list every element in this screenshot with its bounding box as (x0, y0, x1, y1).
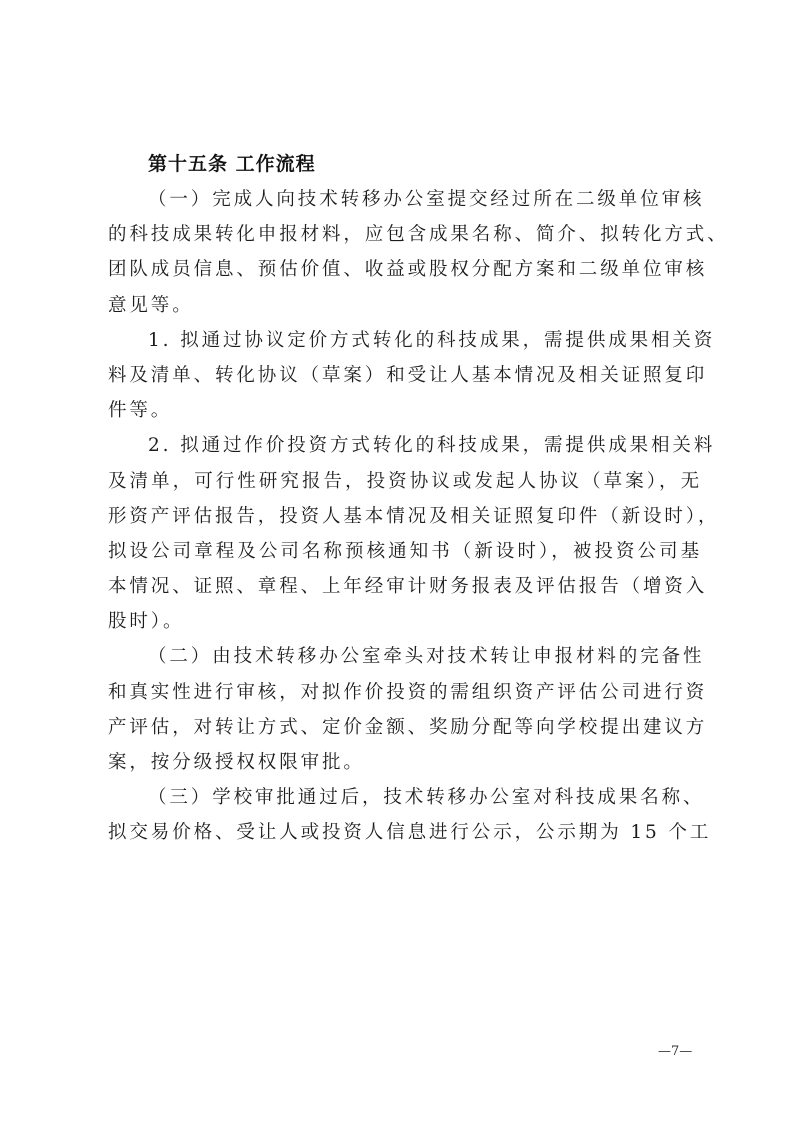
text-line: 团队成员信息、预估价值、收益或股权分配方案和二级单位审核 (108, 252, 702, 287)
text-line: 本情况、证照、章程、上年经审计财务报表及评估报告（增资入 (108, 569, 702, 604)
text-line: 产评估，对转让方式、定价金额、奖励分配等向学校提出建议方 (108, 710, 702, 745)
text-line: 的科技成果转化申报材料，应包含成果名称、简介、拟转化方式、 (108, 217, 702, 252)
text-line: 拟交易价格、受让人或投资人信息进行公示，公示期为 15 个工 (108, 815, 702, 850)
paragraph-item-1-1: 1. 拟通过协议定价方式转化的科技成果，需提供成果相关资 料及清单、转化协议（草… (108, 323, 702, 429)
paragraph-item-1: （一）完成人向技术转移办公室提交经过所在二级单位审核 的科技成果转化申报材料，应… (108, 182, 702, 323)
text-line: 股时）。 (108, 604, 702, 639)
paragraph-item-1-2: 2. 拟通过作价投资方式转化的科技成果，需提供成果相关料 及清单，可行性研究报告… (108, 428, 702, 639)
text-line: （一）完成人向技术转移办公室提交经过所在二级单位审核 (108, 182, 702, 217)
text-line: （三）学校审批通过后，技术转移办公室对科技成果名称、 (108, 780, 702, 815)
document-page: 第十五条 工作流程 （一）完成人向技术转移办公室提交经过所在二级单位审核 的科技… (0, 0, 793, 1122)
text-line: 1. 拟通过协议定价方式转化的科技成果，需提供成果相关资 (108, 323, 702, 358)
text-line: 及清单，可行性研究报告，投资协议或发起人协议（草案），无 (108, 464, 702, 499)
paragraph-item-2: （二）由技术转移办公室牵头对技术转让申报材料的完备性 和真实性进行审核，对拟作价… (108, 639, 702, 780)
text-line: 形资产评估报告，投资人基本情况及相关证照复印件（新设时）， (108, 499, 702, 534)
text-line: 案，按分级授权权限审批。 (108, 745, 702, 780)
text-line: （二）由技术转移办公室牵头对技术转让申报材料的完备性 (108, 639, 702, 674)
article-heading: 第十五条 工作流程 (108, 147, 702, 182)
paragraph-item-3: （三）学校审批通过后，技术转移办公室对科技成果名称、 拟交易价格、受让人或投资人… (108, 780, 702, 850)
page-number: —7— (658, 1044, 692, 1059)
document-body: 第十五条 工作流程 （一）完成人向技术转移办公室提交经过所在二级单位审核 的科技… (108, 147, 702, 851)
text-line: 和真实性进行审核，对拟作价投资的需组织资产评估公司进行资 (108, 675, 702, 710)
text-line: 料及清单、转化协议（草案）和受让人基本情况及相关证照复印 (108, 358, 702, 393)
text-line: 件等。 (108, 393, 702, 428)
text-line: 2. 拟通过作价投资方式转化的科技成果，需提供成果相关料 (108, 428, 702, 463)
text-line: 意见等。 (108, 288, 702, 323)
text-line: 拟设公司章程及公司名称预核通知书（新设时），被投资公司基 (108, 534, 702, 569)
